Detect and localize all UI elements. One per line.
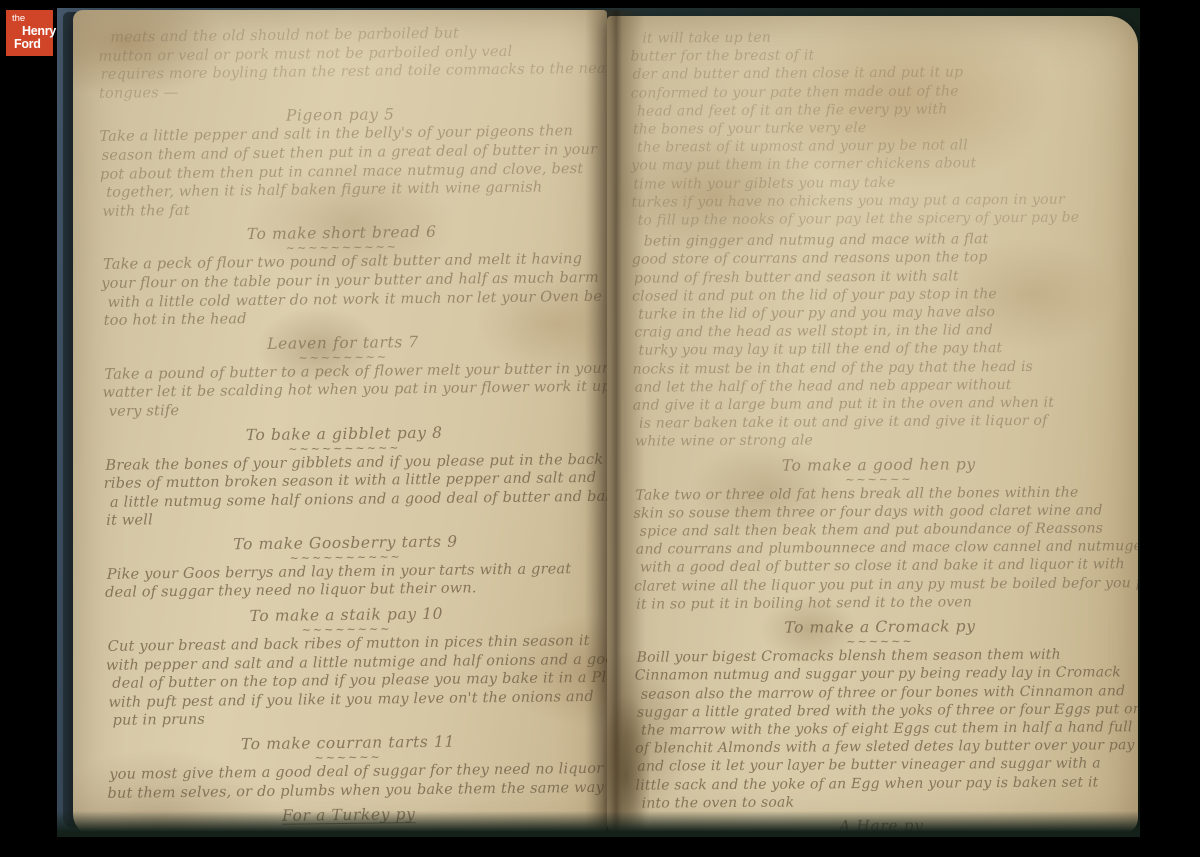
recipe-section: For a Turkey py: [108, 802, 590, 828]
recipe-section: it will take up tenbutter for the breast…: [630, 26, 1122, 230]
recipe-section: To make courran tarts 11~~~~~~you most g…: [107, 730, 590, 803]
book-photo: meats and the old should not be parboile…: [57, 8, 1140, 837]
recipe-section: Leaven for tarts 7~~~~~~~~Take a pound o…: [102, 330, 585, 422]
logo-the: the: [12, 14, 53, 24]
recipe-section: Pigeon pay 5Take a little pepper and sal…: [99, 102, 582, 221]
left-page-text: meats and the old should not be parboile…: [73, 10, 607, 836]
logo-henry: Henry: [22, 25, 53, 38]
logo-ford: Ford: [14, 38, 53, 51]
recipe-section: meats and the old should not be parboile…: [98, 23, 581, 103]
recipe-section: betin gingger and nutmug and mace with a…: [632, 229, 1125, 451]
henry-ford-logo: the Henry Ford: [6, 10, 53, 56]
recipe-heading: For a Turkey py: [108, 802, 590, 828]
recipe-section: A Hare py: [636, 814, 1127, 834]
manuscript-line: it in so put it in boiling hot send it t…: [636, 592, 1125, 614]
recipe-section: To make a staik pay 10~~~~~~~~Cut your b…: [105, 602, 588, 731]
manuscript-left-page: meats and the old should not be parboile…: [73, 10, 607, 836]
right-page-text: it will take up tenbutter for the breast…: [607, 16, 1138, 834]
recipe-section: To make short bread 6~~~~~~~~~~Take a pe…: [101, 220, 584, 330]
recipe-heading: A Hare py: [636, 814, 1127, 834]
manuscript-line: into the oven to soak: [642, 791, 1127, 813]
recipe-section: To make a Cromack py~~~~~~Boill your big…: [634, 615, 1126, 812]
recipe-section: To bake a gibblet pay 8~~~~~~~~~~Break t…: [103, 421, 586, 531]
manuscript-right-page: it will take up tenbutter for the breast…: [607, 16, 1138, 834]
manuscript-line: white wine or strong ale: [635, 430, 1124, 452]
recipe-section: To make a good hen py~~~~~~Take two or t…: [633, 453, 1125, 614]
manuscript-line: to fill up the nooks of your pay let the…: [638, 208, 1123, 230]
recipe-section: To make Goosberry tarts 9~~~~~~~~~~Pike …: [104, 530, 587, 603]
